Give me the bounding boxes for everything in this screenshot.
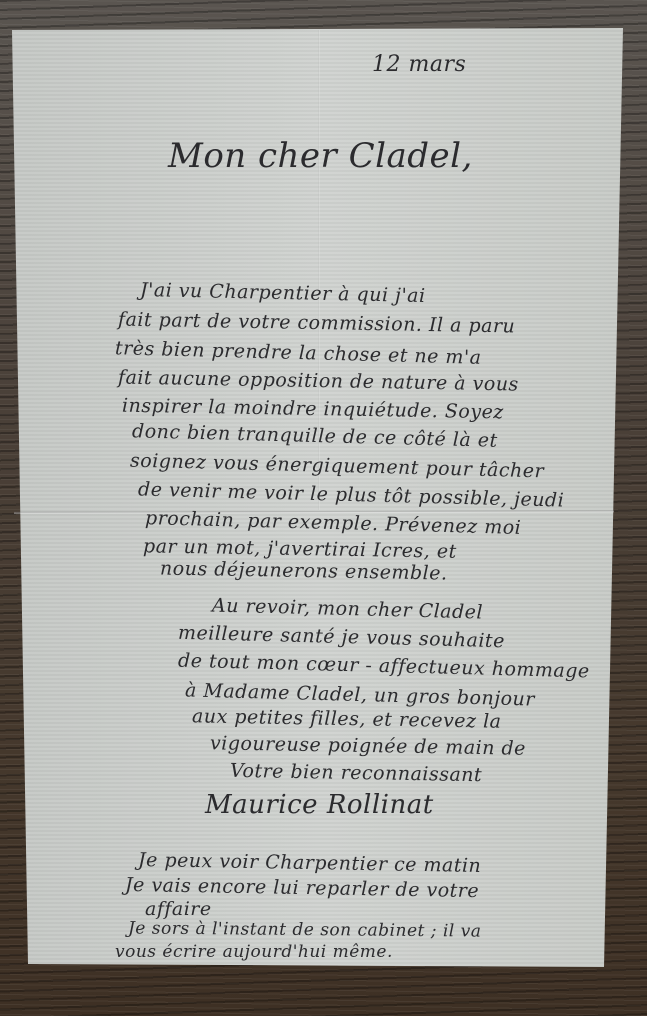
postscript-line: Je sors à l'instant de son cabinet ; il …: [128, 918, 482, 941]
letter-closing: Votre bien reconnaissant: [230, 760, 483, 786]
postscript-line: vous écrire aujourd'hui même.: [115, 942, 393, 962]
letter-date: 12 mars: [372, 52, 466, 77]
letter-signature: Maurice Rollinat: [205, 790, 434, 820]
letter-salutation: Mon cher Cladel,: [168, 136, 473, 176]
postscript-line: affaire: [145, 898, 212, 920]
